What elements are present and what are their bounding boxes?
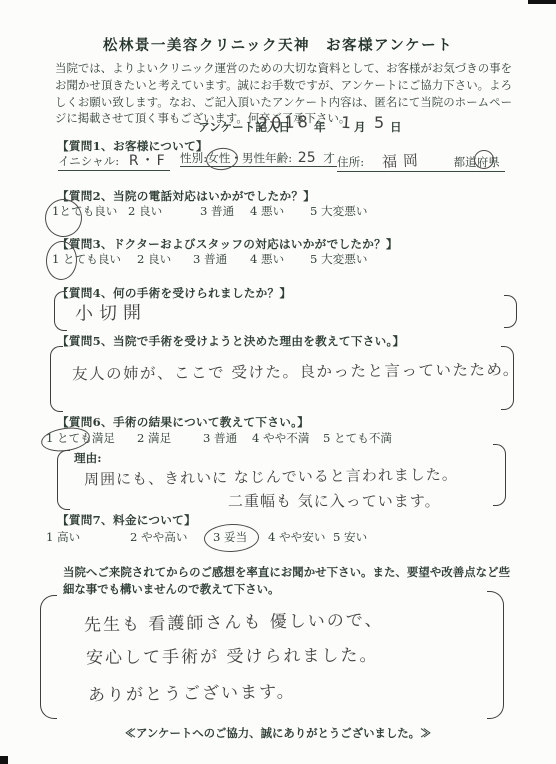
q4-answer-bracket-left — [54, 291, 67, 331]
q6-reason-line2-handwriting: 二重幅も 気に入っています。 — [228, 490, 441, 511]
q2-heading: 【質問2、当院の電話対応はいかがでしたか？】 — [57, 188, 315, 204]
age-unit: 才 — [323, 151, 335, 165]
date-day-unit: 日 — [390, 119, 402, 135]
q3-options: 1 とても良い 2 良い 3 普通 4 悪い 5 大変悪い — [52, 251, 522, 267]
q7-selected-circle — [204, 523, 260, 553]
q6-options: 1 とても満足 2 満足 3 普通 4 やや不満 5 とても不満 — [46, 430, 516, 446]
feedback-bracket-right — [487, 591, 504, 719]
q6-heading: 【質問6、手術の結果について教えて下さい。】 — [57, 414, 309, 430]
q7-option-2: 2 やや高い — [130, 529, 187, 545]
gender-option-male: 男性 — [242, 151, 265, 165]
q6-reason-bracket-left — [57, 450, 70, 510]
survey-sheet: 松林景一美容クリニック天神 お客様アンケート 当院では、よりよいクリニック運営の… — [0, 0, 556, 764]
q4-answer-handwriting: 小切開 — [75, 298, 147, 325]
feedback-bracket-left — [40, 595, 57, 719]
q1-prefecture-selected-circle — [474, 150, 494, 169]
age-label: 年齢: — [265, 151, 292, 165]
q6-option-5: 5 とても不満 — [323, 430, 392, 446]
q6-reason-bracket-right — [493, 444, 506, 506]
q6-reason-line1-handwriting: 周囲にも、きれいに なじんでいると言われました。 — [84, 463, 458, 489]
address-label: 住所: — [337, 155, 364, 169]
q2-options: 1とても良い 2 良い 3 普通 4 悪い 5 大変悪い — [52, 203, 522, 219]
q2-option-5: 5 大変悪い — [310, 203, 367, 219]
date-year-unit: 年 — [314, 119, 326, 135]
q3-heading: 【質問3、ドクターおよびスタッフの対応はいかがでしたか？】 — [57, 236, 398, 252]
date-month-value: 1 — [340, 113, 351, 133]
feedback-line1-handwriting: 先生も 看護師さんも 優しいので、 — [84, 605, 384, 635]
q3-option-2: 2 良い — [137, 251, 171, 267]
q5-answer-handwriting: 友人の姉が、ここで 受けた。良かったと言っていたため。 — [72, 358, 520, 385]
feedback-prompt: 当院へご来院されてからのご感想を率直にお聞かせ下さい。また、要望や改善点など些細… — [63, 564, 510, 597]
initial-value: R・F — [129, 153, 167, 169]
q7-option-4: 4 やや安い — [268, 529, 325, 545]
q2-option-3: 3 普通 — [200, 203, 234, 219]
feedback-line3-handwriting: ありがとうございます。 — [88, 677, 296, 706]
q1-line: イニシャル: R・F 性別:女性・男性 年齢: 25 才 住所: 福岡 都道府県 — [58, 150, 170, 170]
feedback-line2-handwriting: 安心して手術が 受けられました。 — [86, 641, 379, 669]
date-year-value: 2018 — [258, 112, 311, 133]
q5-answer-bracket-left — [50, 346, 63, 412]
q7-option-5: 5 安い — [333, 529, 367, 545]
q2-option-4: 4 悪い — [250, 203, 284, 219]
q3-option-5: 5 大変悪い — [310, 251, 367, 267]
q5-heading: 【質問5、当院で手術を受けようと決めた理由を教えて下さい。】 — [57, 333, 405, 349]
q6-option-2: 2 満足 — [137, 430, 171, 446]
q7-options: 1 高い 2 やや高い 3 妥当 4 やや安い 5 安い — [46, 529, 516, 545]
q2-option-2: 2 良い — [128, 203, 162, 219]
gender-label: 性別: — [180, 151, 207, 165]
q6-option-3: 3 普通 — [203, 430, 237, 446]
age-value: 25 — [298, 150, 316, 166]
initial-label: イニシャル: — [58, 154, 119, 168]
address-value: 福岡 — [381, 149, 424, 172]
q1-initial-segment: イニシャル: R・F — [58, 150, 170, 171]
date-day-value: 5 — [374, 113, 384, 132]
q4-answer-bracket-right — [504, 295, 517, 328]
date-month-unit: 月 — [354, 119, 366, 135]
q3-selected-circle — [45, 240, 78, 281]
q1-age-segment: 年齢: 25 才 — [265, 150, 337, 167]
q6-option-4: 4 やや不満 — [252, 430, 309, 446]
q3-option-4: 4 悪い — [250, 251, 284, 267]
q6-reason-label: 理由: — [74, 450, 101, 466]
q7-heading: 【質問7、料金について】 — [57, 512, 196, 528]
scan-artifact-top-right — [528, 0, 556, 4]
page-title: 松林景一美容クリニック天神 お客様アンケート — [0, 34, 556, 55]
scan-artifact-bottom-left — [0, 756, 8, 764]
footer-thanks: ≪アンケートへのご協力、誠にありがとうございました。≫ — [0, 725, 556, 741]
q7-option-1: 1 高い — [46, 529, 80, 545]
q3-option-3: 3 普通 — [193, 251, 227, 267]
